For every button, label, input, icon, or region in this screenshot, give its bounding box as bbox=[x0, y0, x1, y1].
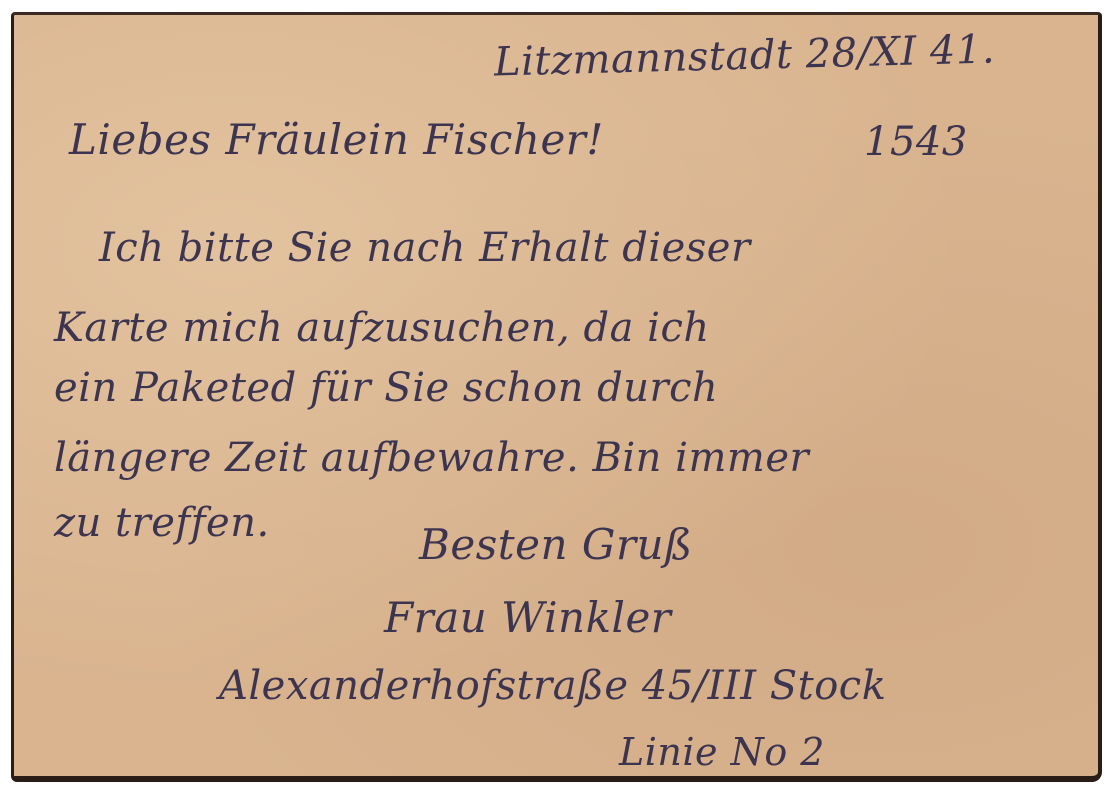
body-line-2: Karte mich aufzusuchen, da ich bbox=[54, 305, 710, 351]
body-line-1: Ich bitte Sie nach Erhalt dieser bbox=[99, 225, 751, 271]
signature: Frau Winkler bbox=[384, 593, 671, 642]
body-line-5: zu treffen. bbox=[54, 500, 270, 546]
body-line-3: ein Paketed für Sie schon durch bbox=[54, 365, 718, 411]
postcard: Litzmannstadt 28/XI 41. Liebes Fräulein … bbox=[11, 12, 1102, 782]
reference-number: 1543 bbox=[864, 119, 968, 165]
closing: Besten Gruß bbox=[419, 520, 693, 569]
sender-address-line-2: Linie No 2 bbox=[619, 730, 825, 774]
place-date: Litzmannstadt 28/XI 41. bbox=[493, 26, 995, 85]
sender-address: Alexanderhofstraße 45/III Stock bbox=[219, 663, 886, 709]
body-line-4: längere Zeit aufbewahre. Bin immer bbox=[54, 435, 809, 481]
greeting: Liebes Fräulein Fischer! bbox=[69, 115, 604, 164]
